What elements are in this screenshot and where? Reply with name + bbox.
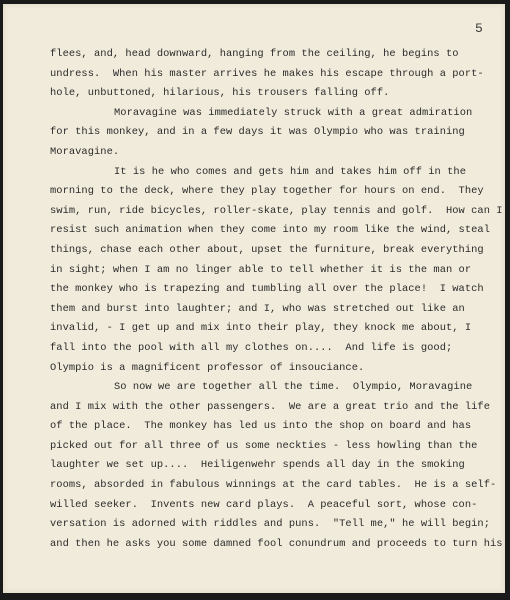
text-line: flees, and, head downward, hanging from … [50, 45, 490, 65]
text-line: versation is adorned with riddles and pu… [50, 515, 490, 535]
text-line: them and burst into laughter; and I, who… [50, 300, 490, 320]
text-line: in sight; when I am no linger able to te… [50, 261, 490, 281]
text-line: the monkey who is trapezing and tumbling… [50, 280, 490, 300]
text-line: undress. When his master arrives he make… [50, 65, 490, 85]
paragraph-start-line: So now we are together all the time. Oly… [50, 378, 490, 398]
text-line: and I mix with the other passengers. We … [50, 398, 490, 418]
text-line: and then he asks you some damned fool co… [50, 535, 490, 555]
paragraph-start-line: It is he who comes and gets him and take… [50, 163, 490, 183]
text-line: of the place. The monkey has led us into… [50, 417, 490, 437]
text-line: things, chase each other about, upset th… [50, 241, 490, 261]
text-line: willed seeker. Invents new card plays. A… [50, 496, 490, 516]
text-line: swim, run, ride bicycles, roller-skate, … [50, 202, 490, 222]
text-line: picked out for all three of us some neck… [50, 437, 490, 457]
text-line: resist such animation when they come int… [50, 221, 490, 241]
text-line: Olympio is a magnificent professor of in… [50, 359, 490, 379]
text-line: morning to the deck, where they play tog… [50, 182, 490, 202]
text-line: laughter we set up.... Heiligenwehr spen… [50, 456, 490, 476]
text-line: fall into the pool with all my clothes o… [50, 339, 490, 359]
page-body: flees, and, head downward, hanging from … [50, 45, 490, 554]
paragraph-start-line: Moravagine was immediately struck with a… [50, 104, 490, 124]
text-line: invalid, - I get up and mix into their p… [50, 319, 490, 339]
typewritten-page: 5 flees, and, head downward, hanging fro… [3, 4, 505, 593]
page-number: 5 [475, 21, 483, 36]
text-line: hole, unbuttoned, hilarious, his trouser… [50, 84, 490, 104]
text-line: for this monkey, and in a few days it wa… [50, 123, 490, 143]
text-line: rooms, absorded in fabulous winnings at … [50, 476, 490, 496]
text-line: Moravagine. [50, 143, 490, 163]
